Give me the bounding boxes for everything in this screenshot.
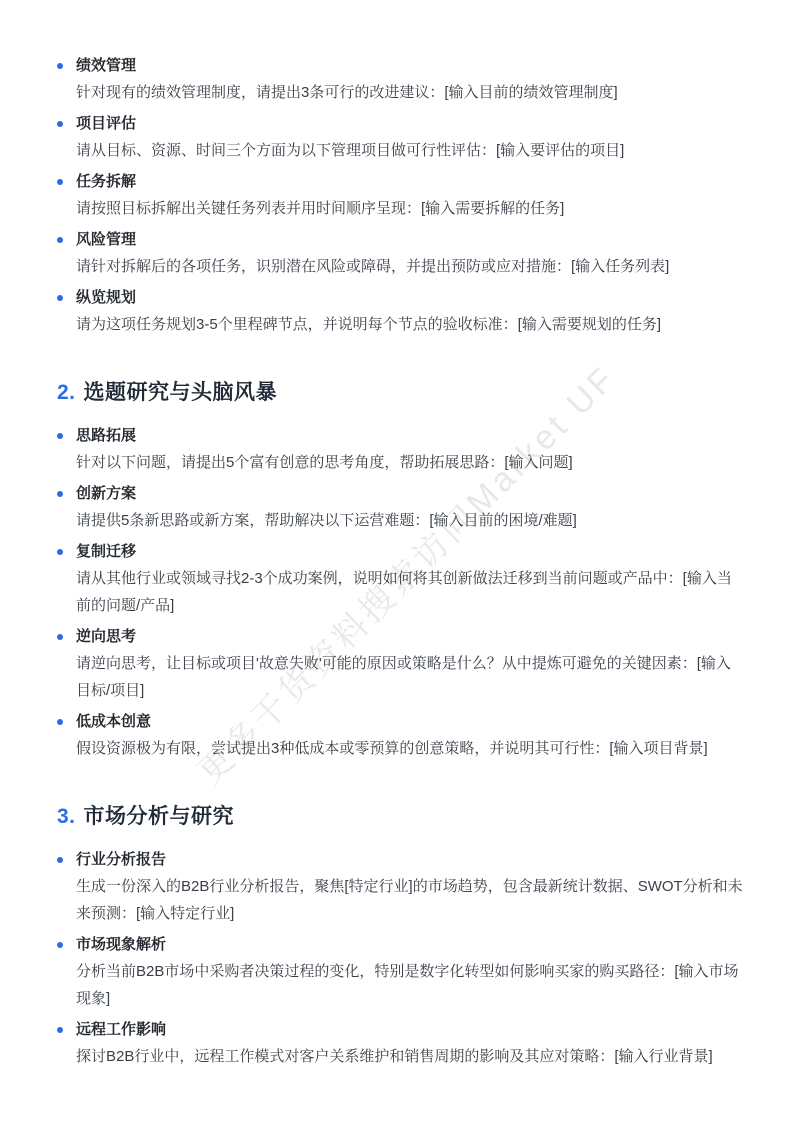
prompt-item-body: 行业分析报告 生成一份深入的B2B行业分析报告，聚焦[特定行业]的市场趋势，包含…: [76, 846, 745, 927]
prompt-item-body: 创新方案 请提供5条新思路或新方案，帮助解决以下运营难题：[输入目前的困境/难题…: [76, 480, 745, 534]
bullet-icon: [57, 433, 63, 439]
bullet-icon: [57, 121, 63, 127]
prompt-title: 复制迁移: [76, 538, 745, 565]
section-heading-3: 3.市场分析与研究: [57, 802, 746, 832]
prompt-item: 风险管理 请针对拆解后的各项任务，识别潜在风险或障碍，并提出预防或应对措施：[输…: [57, 226, 746, 280]
bullet-icon: [57, 634, 63, 640]
prompt-title: 思路拓展: [76, 422, 745, 449]
prompt-description: 针对以下问题，请提出5个富有创意的思考角度，帮助拓展思路：[输入问题]: [76, 449, 745, 476]
prompt-item: 绩效管理 针对现有的绩效管理制度，请提出3条可行的改进建议：[输入目前的绩效管理…: [57, 52, 746, 106]
prompt-title: 远程工作影响: [76, 1016, 745, 1043]
prompt-item: 复制迁移 请从其他行业或领域寻找2-3个成功案例，说明如何将其创新做法迁移到当前…: [57, 538, 746, 619]
section-title: 选题研究与头脑风暴: [84, 381, 278, 404]
prompt-item-body: 市场现象解析 分析当前B2B市场中采购者决策过程的变化，特别是数字化转型如何影响…: [76, 931, 745, 1012]
section-heading-2: 2.选题研究与头脑风暴: [57, 378, 746, 408]
section-number: 3.: [57, 805, 76, 828]
prompt-description: 探讨B2B行业中，远程工作模式对客户关系维护和销售周期的影响及其应对策略：[输入…: [76, 1043, 745, 1070]
prompt-description: 假设资源极为有限，尝试提出3种低成本或零预算的创意策略，并说明其可行性：[输入项…: [76, 735, 745, 762]
prompt-description: 针对现有的绩效管理制度，请提出3条可行的改进建议：[输入目前的绩效管理制度]: [76, 79, 745, 106]
bullet-icon: [57, 237, 63, 243]
prompt-title: 绩效管理: [76, 52, 745, 79]
prompt-item-body: 复制迁移 请从其他行业或领域寻找2-3个成功案例，说明如何将其创新做法迁移到当前…: [76, 538, 745, 619]
bullet-icon: [57, 942, 63, 948]
prompt-description: 请提供5条新思路或新方案，帮助解决以下运营难题：[输入目前的困境/难题]: [76, 507, 745, 534]
prompt-item-body: 绩效管理 针对现有的绩效管理制度，请提出3条可行的改进建议：[输入目前的绩效管理…: [76, 52, 745, 106]
prompt-item-body: 项目评估 请从目标、资源、时间三个方面为以下管理项目做可行性评估：[输入要评估的…: [76, 110, 745, 164]
section-number: 2.: [57, 381, 76, 404]
bullet-icon: [57, 1027, 63, 1033]
document-page: 绩效管理 针对现有的绩效管理制度，请提出3条可行的改进建议：[输入目前的绩效管理…: [0, 0, 793, 1122]
prompt-description: 请针对拆解后的各项任务，识别潜在风险或障碍，并提出预防或应对措施：[输入任务列表…: [76, 253, 745, 280]
prompt-item-body: 纵览规划 请为这项任务规划3-5个里程碑节点，并说明每个节点的验收标准：[输入需…: [76, 284, 745, 338]
prompt-description: 请从其他行业或领域寻找2-3个成功案例，说明如何将其创新做法迁移到当前问题或产品…: [76, 565, 745, 619]
prompt-description: 分析当前B2B市场中采购者决策过程的变化，特别是数字化转型如何影响买家的购买路径…: [76, 958, 745, 1012]
prompt-item: 创新方案 请提供5条新思路或新方案，帮助解决以下运营难题：[输入目前的困境/难题…: [57, 480, 746, 534]
prompt-title: 任务拆解: [76, 168, 745, 195]
prompt-item: 纵览规划 请为这项任务规划3-5个里程碑节点，并说明每个节点的验收标准：[输入需…: [57, 284, 746, 338]
prompt-item: 市场现象解析 分析当前B2B市场中采购者决策过程的变化，特别是数字化转型如何影响…: [57, 931, 746, 1012]
bullet-icon: [57, 491, 63, 497]
prompt-item: 行业分析报告 生成一份深入的B2B行业分析报告，聚焦[特定行业]的市场趋势，包含…: [57, 846, 746, 927]
prompt-title: 创新方案: [76, 480, 745, 507]
prompt-title: 行业分析报告: [76, 846, 745, 873]
prompt-description: 请按照目标拆解出关键任务列表并用时间顺序呈现：[输入需要拆解的任务]: [76, 195, 745, 222]
prompt-item-body: 风险管理 请针对拆解后的各项任务，识别潜在风险或障碍，并提出预防或应对措施：[输…: [76, 226, 745, 280]
prompt-description: 请逆向思考，让目标或项目'故意失败'可能的原因或策略是什么？从中提炼可避免的关键…: [76, 650, 745, 704]
prompt-title: 纵览规划: [76, 284, 745, 311]
prompt-list-section-1: 绩效管理 针对现有的绩效管理制度，请提出3条可行的改进建议：[输入目前的绩效管理…: [57, 52, 746, 338]
prompt-item-body: 思路拓展 针对以下问题，请提出5个富有创意的思考角度，帮助拓展思路：[输入问题]: [76, 422, 745, 476]
bullet-icon: [57, 549, 63, 555]
prompt-item-body: 逆向思考 请逆向思考，让目标或项目'故意失败'可能的原因或策略是什么？从中提炼可…: [76, 623, 745, 704]
bullet-icon: [57, 63, 63, 69]
bullet-icon: [57, 295, 63, 301]
section-title: 市场分析与研究: [84, 805, 235, 828]
prompt-item: 逆向思考 请逆向思考，让目标或项目'故意失败'可能的原因或策略是什么？从中提炼可…: [57, 623, 746, 704]
prompt-description: 生成一份深入的B2B行业分析报告，聚焦[特定行业]的市场趋势，包含最新统计数据、…: [76, 873, 745, 927]
prompt-item: 任务拆解 请按照目标拆解出关键任务列表并用时间顺序呈现：[输入需要拆解的任务]: [57, 168, 746, 222]
prompt-description: 请从目标、资源、时间三个方面为以下管理项目做可行性评估：[输入要评估的项目]: [76, 137, 745, 164]
bullet-icon: [57, 857, 63, 863]
prompt-list-section-2: 思路拓展 针对以下问题，请提出5个富有创意的思考角度，帮助拓展思路：[输入问题]…: [57, 422, 746, 762]
prompt-description: 请为这项任务规划3-5个里程碑节点，并说明每个节点的验收标准：[输入需要规划的任…: [76, 311, 745, 338]
prompt-item-body: 远程工作影响 探讨B2B行业中，远程工作模式对客户关系维护和销售周期的影响及其应…: [76, 1016, 745, 1070]
prompt-title: 风险管理: [76, 226, 745, 253]
prompt-title: 市场现象解析: [76, 931, 745, 958]
prompt-list-section-3: 行业分析报告 生成一份深入的B2B行业分析报告，聚焦[特定行业]的市场趋势，包含…: [57, 846, 746, 1070]
prompt-item: 远程工作影响 探讨B2B行业中，远程工作模式对客户关系维护和销售周期的影响及其应…: [57, 1016, 746, 1070]
prompt-title: 项目评估: [76, 110, 745, 137]
bullet-icon: [57, 719, 63, 725]
prompt-item: 项目评估 请从目标、资源、时间三个方面为以下管理项目做可行性评估：[输入要评估的…: [57, 110, 746, 164]
bullet-icon: [57, 179, 63, 185]
prompt-title: 低成本创意: [76, 708, 745, 735]
prompt-item-body: 任务拆解 请按照目标拆解出关键任务列表并用时间顺序呈现：[输入需要拆解的任务]: [76, 168, 745, 222]
prompt-item: 低成本创意 假设资源极为有限，尝试提出3种低成本或零预算的创意策略，并说明其可行…: [57, 708, 746, 762]
prompt-title: 逆向思考: [76, 623, 745, 650]
prompt-item: 思路拓展 针对以下问题，请提出5个富有创意的思考角度，帮助拓展思路：[输入问题]: [57, 422, 746, 476]
prompt-item-body: 低成本创意 假设资源极为有限，尝试提出3种低成本或零预算的创意策略，并说明其可行…: [76, 708, 745, 762]
